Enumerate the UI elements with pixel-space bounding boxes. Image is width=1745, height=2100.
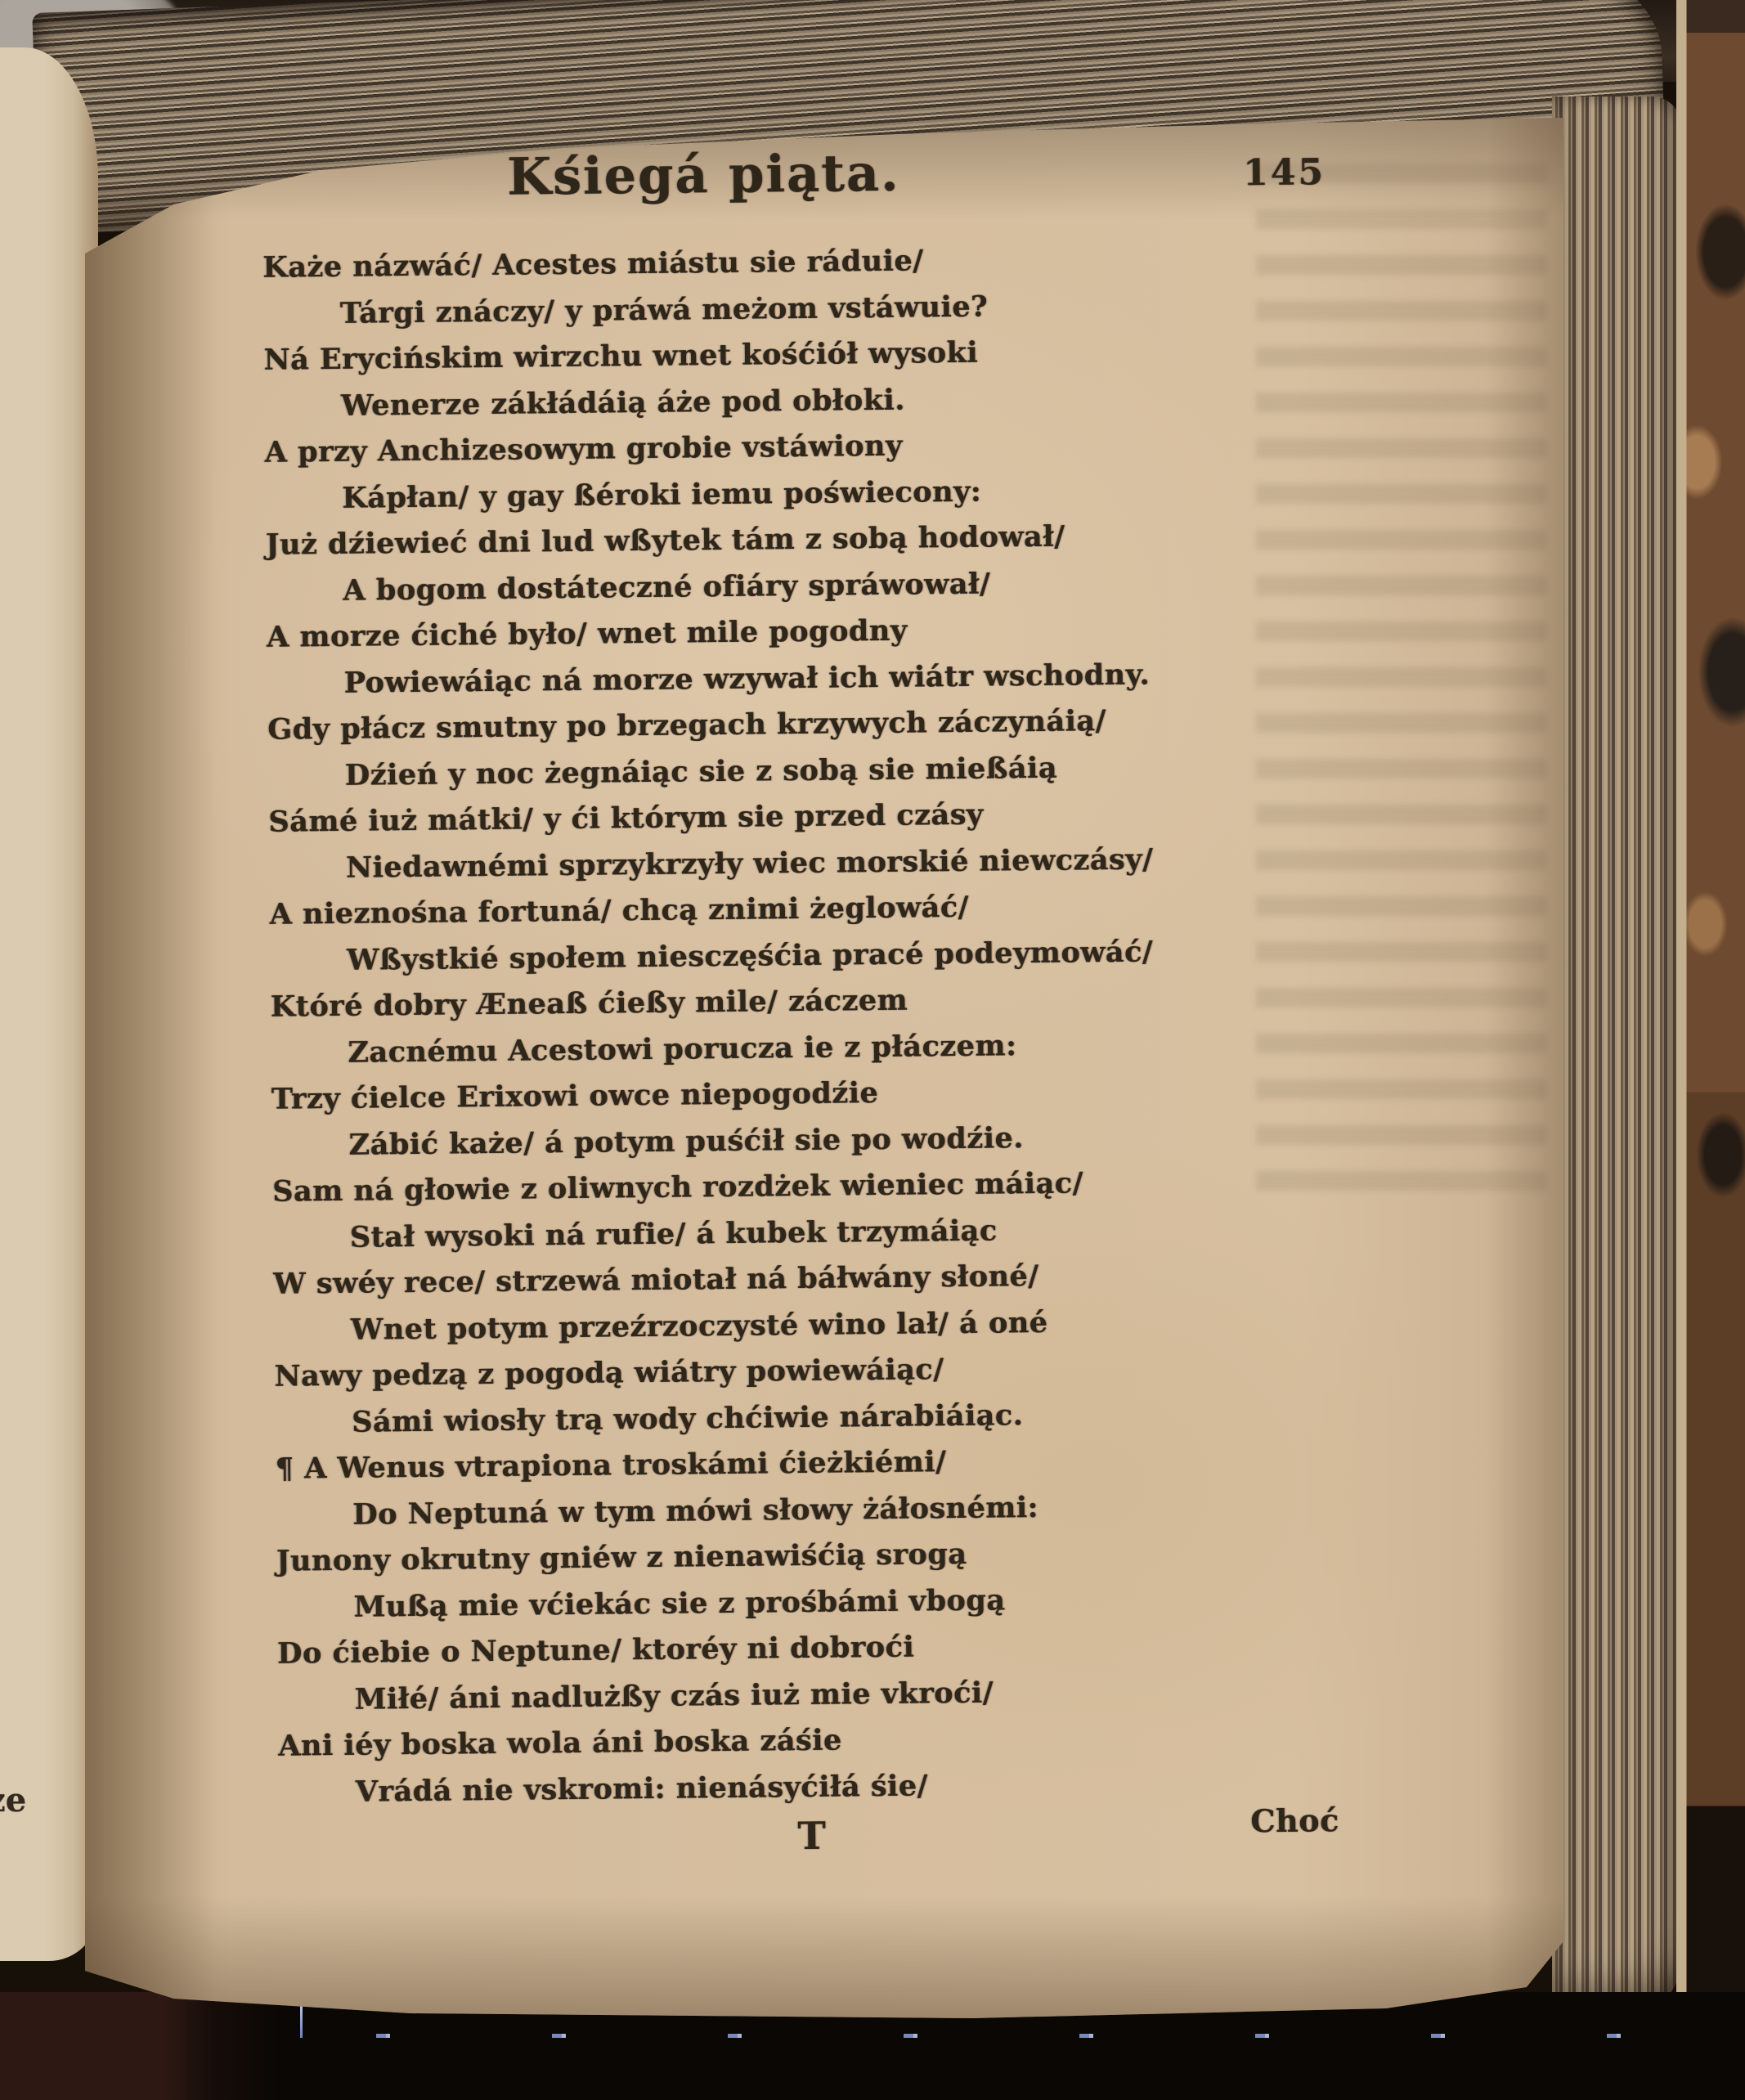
photo-background: Kśiegá piąta. 145 Każe názwáć/ Acestes m… xyxy=(0,0,1745,2100)
page-heading: Kśiegá piąta. xyxy=(507,143,900,207)
book-fore-edge xyxy=(1552,96,1681,2017)
gilt-edge-glints xyxy=(303,2034,1688,2038)
signature-mark: T xyxy=(797,1814,826,1858)
marbled-endpaper xyxy=(1676,0,1745,2100)
book-page: Kśiegá piąta. 145 Każe názwáć/ Acestes m… xyxy=(85,113,1563,2018)
facing-page-edge xyxy=(0,47,98,1961)
verse-lines: Każe názwáć/ Acestes miástu sie ráduie/T… xyxy=(76,237,1571,1824)
facing-page-fragment: że xyxy=(0,1781,26,1820)
page-number: 145 xyxy=(1243,151,1326,194)
catchword: Choć xyxy=(1250,1802,1339,1839)
page-content: Kśiegá piąta. 145 Każe názwáć/ Acestes m… xyxy=(74,100,1572,2021)
